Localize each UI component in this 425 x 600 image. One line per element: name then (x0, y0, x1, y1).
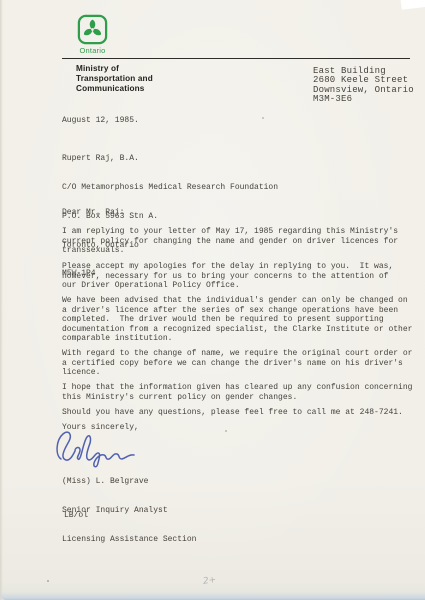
recipient-line: C/O Metamorphosis Medical Research Found… (62, 183, 422, 193)
scan-left-edge (0, 0, 3, 600)
body-paragraph: I am replying to your letter of May 17, … (62, 227, 422, 256)
body-paragraph: I hope that the information given has cl… (62, 383, 422, 402)
office-address-line: M3M-3E6 (313, 95, 414, 104)
scan-bottom-shadow (0, 592, 425, 600)
ontario-trillium-logo-icon (77, 14, 108, 45)
recipient-line: Rupert Raj, B.A. (62, 154, 422, 164)
signer-name: (Miss) L. Belgrave (62, 477, 422, 487)
letter-page: Ontario Ministry of Transportation and C… (0, 0, 425, 600)
pencil-grade-mark: 2+ (202, 575, 217, 587)
date-line: August 12, 1985. (62, 116, 422, 126)
salutation: Dear Mr. Raj: (62, 208, 422, 218)
scan-speck (47, 580, 49, 582)
scan-corner-sliver (400, 0, 425, 10)
header-divider (62, 58, 410, 59)
scan-speck (262, 117, 264, 119)
scan-speck (225, 430, 227, 432)
body-paragraph: We have been advised that the individual… (62, 296, 422, 344)
ministry-line: Transportation and (76, 74, 153, 84)
ministry-line: Ministry of (76, 64, 153, 74)
ontario-wordmark: Ontario (70, 46, 115, 55)
office-address: East Building 2680 Keele Street Downsvie… (313, 67, 414, 105)
reference-initials: LB/ol (64, 511, 424, 521)
body-paragraph: Should you have any questions, please fe… (62, 408, 422, 418)
ministry-line: Communications (76, 84, 153, 94)
body-paragraph: Please accept my apologies for the delay… (62, 262, 422, 291)
ministry-name: Ministry of Transportation and Communica… (76, 64, 153, 94)
signer-section: Licensing Assistance Section (62, 535, 422, 545)
body-paragraph: With regard to the change of name, we re… (62, 349, 422, 378)
